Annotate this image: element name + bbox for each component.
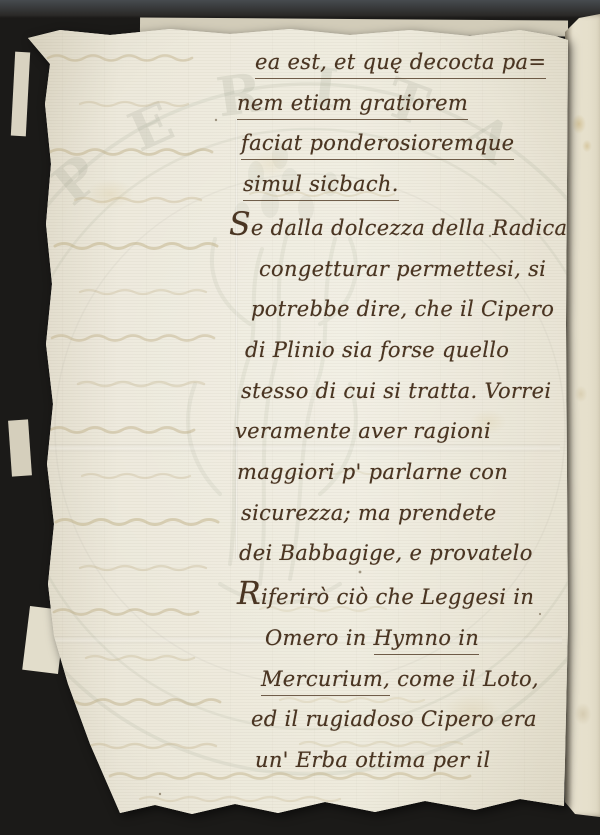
manuscript-line-11: maggiori p' parlarne con	[237, 452, 577, 493]
manuscript-line-6: congetturar permettesi, si	[259, 249, 577, 290]
manuscript-line-14: Riferirò ciò che Leggesi in	[237, 574, 577, 618]
manuscript-line-8: di Plinio sia forse quello	[245, 330, 577, 371]
handwritten-text: un' Erba ottima per il	[255, 748, 490, 772]
manuscript-text: ea est, et quę decocta pa=nem etiam grat…	[225, 42, 577, 781]
handwritten-text: veramente aver ragioni	[235, 419, 491, 443]
photo-top-band	[0, 0, 600, 18]
manuscript-line-15: Omero in Hymno in	[265, 618, 577, 659]
manuscript-line-7: potrebbe dire, che il Cipero	[251, 289, 577, 330]
adjacent-page-edge	[565, 14, 600, 817]
handwritten-text: sicurezza; ma prendete	[241, 501, 497, 525]
manuscript-page: PROSPERITA	[20, 24, 568, 816]
manuscript-line-9: stesso di cui si tratta. Vorrei	[241, 371, 577, 412]
manuscript-line-1: ea est, et quę decocta pa=	[255, 42, 577, 83]
underlined-text: Mercurium,	[261, 667, 390, 696]
paper-sheet: PROSPERITA	[20, 24, 568, 816]
handwritten-text: maggiori p' parlarne con	[237, 460, 508, 484]
manuscript-line-13: dei Babbagige, e provatelo	[239, 533, 577, 574]
handwritten-text: dei Babbagige, e provatelo	[239, 541, 533, 565]
underlined-text: Hymno in	[374, 626, 480, 655]
manuscript-line-3: faciat ponderosioremque	[241, 123, 577, 164]
manuscript-line-17: ed il rugiadoso Cipero era	[251, 699, 577, 740]
handwritten-text: Se dalla dolcezza della Radica	[229, 216, 567, 240]
handwritten-text: congetturar permettesi, si	[259, 257, 546, 281]
underlined-text: ea est, et quę decocta pa=	[255, 50, 546, 79]
underlined-text: simul sicbach.	[243, 172, 399, 201]
paper-stains-right	[565, 14, 600, 817]
handwritten-text: ed il rugiadoso Cipero era	[251, 707, 537, 731]
underlined-text: nem etiam gratiorem	[237, 91, 468, 120]
manuscript-line-18: un' Erba ottima per il	[255, 740, 577, 781]
manuscript-line-4: simul sicbach.	[243, 164, 577, 205]
manuscript-photo: PROSPERITA	[0, 0, 600, 835]
manuscript-line-10: veramente aver ragioni	[235, 411, 577, 452]
manuscript-line-16: Mercurium, come il Loto,	[261, 659, 577, 700]
handwritten-text: Omero in	[265, 626, 374, 650]
manuscript-line-12: sicurezza; ma prendete	[241, 493, 577, 534]
manuscript-line-2: nem etiam gratiorem	[237, 83, 577, 124]
handwritten-text: potrebbe dire, che il Cipero	[251, 297, 554, 321]
handwritten-text: Riferirò ciò che Leggesi in	[237, 585, 534, 609]
handwritten-text: come il Loto,	[390, 667, 539, 691]
underlined-text: faciat ponderosioremque	[241, 131, 514, 160]
handwritten-text: stesso di cui si tratta. Vorrei	[241, 379, 551, 403]
manuscript-line-5: Se dalla dolcezza della Radica	[229, 205, 577, 249]
handwritten-text: di Plinio sia forse quello	[245, 338, 509, 362]
